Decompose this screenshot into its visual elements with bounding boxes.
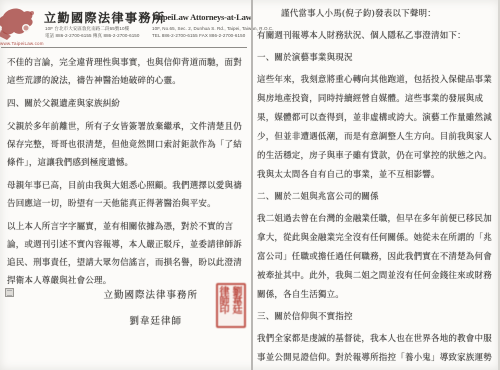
letterhead-divider-rule [1,47,247,48]
firm-address-zh: 10F 台北市大安區敦化南路二段65號10樓 電話 886-2-2700-615… [45,26,140,39]
text-line: 以上本人所言字字屬實，並有相關依據為憑，對於不實的言 [7,218,247,236]
text-line: 我二姐過去曾在台灣的金融業任職，但早在多年前便已移民加 [257,210,499,229]
text-line: 四、關於父親遺產與家族糾紛 [7,95,247,113]
text-line: 不佳的言論，完全違背理性與事實，也與信仰背道而馳，面對 [7,54,247,72]
text-line: 這些年來，我刻意將重心轉向其他跑道，包括投入保健品事業 [257,71,499,90]
scanned-legal-statement: www.TaipeiLaw.com 立勤國際法律事務所 TaipeiLaw At… [0,0,500,370]
firm-logo-caption: www.TaipeiLaw.com [0,41,44,46]
text-line: 論，或週刊引述不實內容報導，本人嚴正駁斥，並委請律師訴 [7,236,247,254]
text-line: 告回應這一切，盼望有一天他能真正得著醫治與平安。 [7,195,247,213]
signature-block: 立勤國際法律事務所 劉韋廷律師 [0,287,250,327]
phone-line-zh: 電話 886-2-2700-6155 傳真 886-2-2700-6150 [45,33,140,38]
seal-column-right: 劉韋廷 [229,286,242,325]
address-line-zh: 10F 台北市大安區敦化南路二段65號10樓 [45,26,129,31]
text-line: 果，媒體都可以查得到，並非虛構或誇大。演藝工作量雖然減 [257,109,499,128]
text-line: 富公司」任職或擔任過任何職務，因此我們實在不清楚為何會 [257,248,499,267]
small-gray-square-icon [5,288,14,297]
text-line: 拿大，從此與金融業完全沒有任何關係。她從未在所謂的「兆 [257,229,499,248]
text-line: 三、關於信仰與不實指控 [257,308,499,327]
text-line: 事並公開見證信仰。對於報導所指控「養小鬼」導致家族運勢 [257,349,499,368]
text-line: 條件」，這讓我們感到極度遺憾。 [7,154,247,172]
text-line: 有關週刊報導本人財務狀況、個人隱私乙事澄清如下： [257,27,499,46]
lawyer-red-seal-icon: 劉韋廷 律師印 [216,283,246,328]
signature-firm-name: 立勤國際法律事務所 [0,287,250,301]
statement-page-2: 謹代當事人小馬(倪子鈞)發表以下聲明：有關週刊報導本人財務狀況、個人隱私乙事澄清… [256,0,500,370]
text-line: 的生活穩定，房子與車子雖有貸款，仍在可掌控的狀態之內。 [257,147,499,166]
statement-body-right: 謹代當事人小馬(倪子鈞)發表以下聲明：有關週刊報導本人財務狀況、個人隱私乙事澄清… [257,5,499,368]
text-line: 關係，各自生活獨立。 [257,286,499,305]
text-line: 這些荒謬的說法，禱告神醫治她破碎的心靈。 [7,72,247,90]
text-line: 與房地產投資，同時持續經營自媒體。這些事業的發展與成 [257,90,499,109]
text-line: 我與太太間各自有自己的事業，並不互相影響。 [257,166,499,185]
statement-page-1: www.TaipeiLaw.com 立勤國際法律事務所 TaipeiLaw At… [0,0,250,370]
text-line: 被牽扯其中。此外，我與二姐之間並沒有任何金錢往來或財務 [257,267,499,286]
text-line: 一、關於演藝事業與現況 [257,49,499,68]
firm-name-zh: 立勤國際法律事務所 [44,9,166,26]
statement-body-left: 不佳的言論，完全違背理性與事實，也與信仰背道而馳，面對這些荒謬的說法，禱告神醫治… [7,54,247,290]
law-firm-letterhead: www.TaipeiLaw.com 立勤國際法律事務所 TaipeiLaw At… [0,0,250,48]
signature-lawyer-name: 劉韋廷律師 [0,313,250,327]
text-line: 保存完整，哥哥也很清楚，但他竟然開口索討鉅款作為「了結 [7,136,247,154]
text-line: 母親年事已高，目前由我與大姐悉心照顧。我們選擇以愛與禱 [7,177,247,195]
phone-line-en: TEL 886-2-2700-6155 FAX 886-2-2700-6150 [152,33,245,38]
text-line: 少，但並非遭遇低潮，而是有意調整人生方向。目前我與家人 [257,128,499,147]
text-line: 我們全家都是虔誠的基督徒，我本人也在世界各地的教會中服 [257,330,499,349]
text-line: 父親於多年前離世，所有子女皆簽署放棄繼承，文件清楚且仍 [7,118,247,136]
firm-name-en: TaipeiLaw Attorneys-at-Law [152,12,252,22]
firm-logo-seal-icon [0,6,37,42]
text-line: 謹代當事人小馬(倪子鈞)發表以下聲明： [257,5,499,24]
text-line: 追民、刑事責任，望請大眾勿信謠言，而損名譽，盼以此澄清 [7,254,247,272]
seal-column-left: 律師印 [216,286,229,325]
page-fold-divider [251,0,253,370]
text-line: 二、關於二姐與兆富公司的關係 [257,188,499,207]
